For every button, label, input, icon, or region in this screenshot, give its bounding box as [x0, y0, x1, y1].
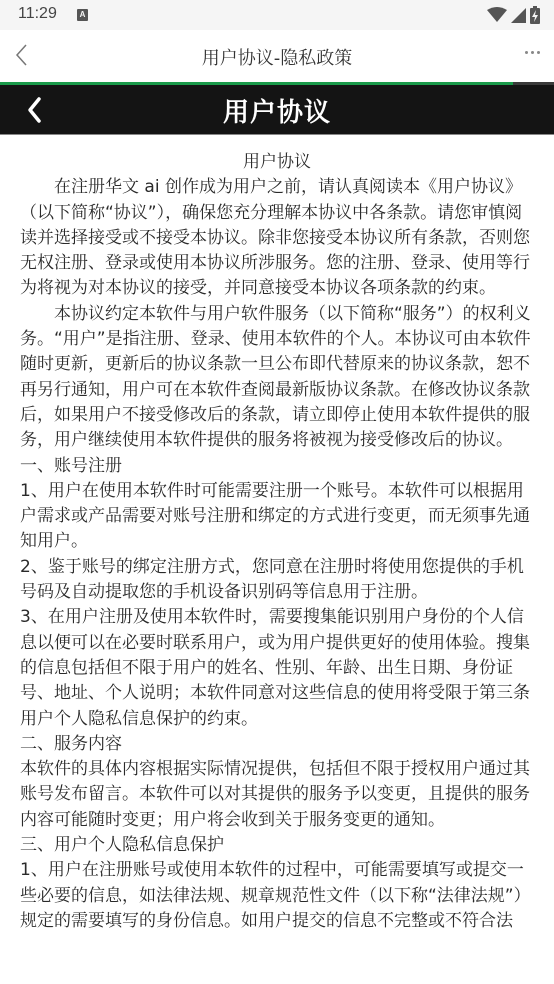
paragraph: 2、鉴于账号的绑定注册方式，您同意在注册时将使用您提供的手机号码及自动提取您的手…	[20, 555, 534, 606]
battery-charging-icon	[530, 6, 540, 24]
paragraph: 本协议约定本软件与用户软件服务（以下简称“服务”）的权利义务。“用户”是指注册、…	[20, 302, 534, 454]
agreement-content: 用户协议 在注册华文 ai 创作成为用户之前，请认真阅读本《用户协议》（以下简称…	[0, 150, 554, 934]
paragraph: 1、用户在使用本软件时可能需要注册一个账号。本软件可以根据用户需求或产品需要对账…	[20, 479, 534, 555]
section-heading: 二、服务内容	[20, 732, 534, 757]
page-title: 用户协议	[0, 92, 554, 129]
app-bar: 用户协议-隐私政策	[0, 30, 554, 82]
app-title: 用户协议-隐私政策	[0, 44, 554, 70]
more-horizontal-icon	[525, 51, 528, 54]
paragraph: 本软件的具体内容根据实际情况提供，包括但不限于授权用户通过其账号发布留言。本软件…	[20, 757, 534, 833]
status-icons	[487, 6, 540, 24]
more-options-button[interactable]	[520, 42, 544, 62]
status-time: 11:29	[18, 5, 57, 23]
paragraph: 3、在用户注册及使用本软件时，需要搜集能识别用户身份的个人信息以便可以在必要时联…	[20, 605, 534, 731]
document-title: 用户协议	[20, 150, 534, 175]
paragraph: 1、用户在注册账号或使用本软件的过程中，可能需要填写或提交一些必要的信息，如法律…	[20, 858, 534, 934]
signal-icon	[511, 8, 526, 23]
section-heading: 一、账号注册	[20, 454, 534, 479]
paragraph: 在注册华文 ai 创作成为用户之前，请认真阅读本《用户协议》（以下简称“协议”）…	[20, 175, 534, 301]
status-bar: 11:29 A	[0, 0, 554, 30]
wifi-icon	[487, 7, 507, 23]
notification-icon: A	[77, 9, 88, 21]
page-header: 用户协议	[0, 85, 554, 135]
section-heading: 三、用户个人隐私信息保护	[20, 833, 534, 858]
